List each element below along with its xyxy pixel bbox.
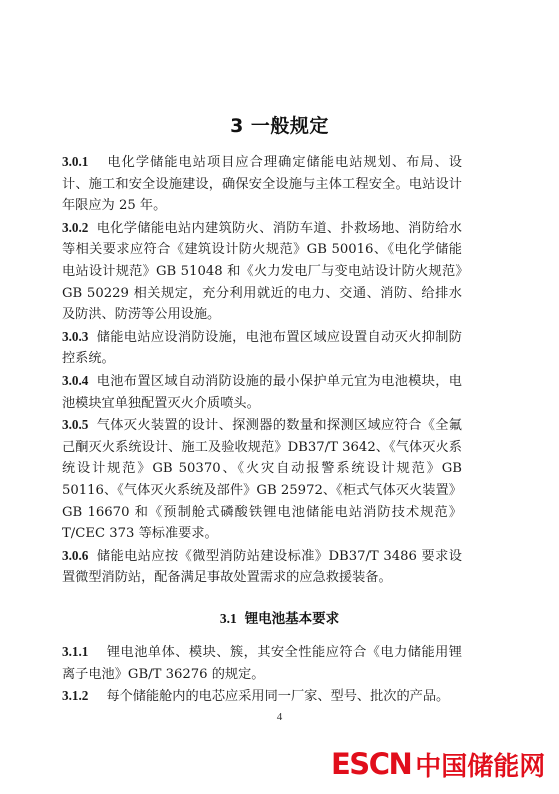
clause-number: 3.0.4	[62, 373, 88, 388]
clause-text: 储能电站应按《微型消防站建设标准》DB37/T 3486 要求设置微型消防站，配…	[62, 549, 462, 586]
clause-3-0-6: 3.0.6储能电站应按《微型消防站建设标准》DB37/T 3486 要求设置微型…	[62, 545, 462, 589]
clause-3-1-2: 3.1.2每个储能舱内的电芯应采用同一厂家、型号、批次的产品。	[62, 685, 462, 708]
clause-number: 3.0.3	[62, 329, 88, 344]
section-title: 3.1锂电池基本要求	[0, 607, 559, 627]
clause-number: 3.0.1	[62, 154, 88, 169]
chapter-title: 3 一般规定	[0, 111, 559, 138]
clause-text: 气体灭火装置的设计、探测器的数量和探测区域应符合《全氟己酮灭火系统设计、施工及验…	[62, 418, 462, 541]
clause-text: 锂电池单体、模块、簇，其安全性能应符合《电力储能用锂离子电池》GB/T 3627…	[62, 645, 462, 682]
section-clauses: 3.1.1锂电池单体、模块、簇，其安全性能应符合《电力储能用锂离子电池》GB/T…	[62, 641, 462, 708]
page-number: 4	[0, 711, 559, 723]
clause-3-0-2: 3.0.2电化学储能电站内建筑防火、消防车道、扑救场地、消防给水等相关要求应符合…	[62, 217, 462, 326]
clause-text: 电化学储能电站项目应合理确定储能电站规划、布局、设计、施工和安全设施建设，确保安…	[62, 155, 462, 213]
watermark-latin: ESCN	[331, 747, 411, 781]
escn-watermark-logo: ESCN 中国储能网	[331, 748, 545, 780]
clause-number: 3.1.2	[62, 688, 88, 703]
clause-3-0-3: 3.0.3储能电站应设消防设施，电池布置区域应设置自动灭火抑制防控系统。	[62, 326, 462, 370]
clause-3-0-1: 3.0.1电化学储能电站项目应合理确定储能电站规划、布局、设计、施工和安全设施建…	[62, 151, 462, 217]
clause-text: 每个储能舱内的电芯应采用同一厂家、型号、批次的产品。	[106, 689, 449, 704]
clause-3-0-5: 3.0.5气体灭火装置的设计、探测器的数量和探测区域应符合《全氟己酮灭火系统设计…	[62, 414, 462, 545]
clause-3-0-4: 3.0.4电池布置区域自动消防设施的最小保护单元宜为电池模块，电池模块宜单独配置…	[62, 370, 462, 414]
watermark-chinese: 中国储能网	[415, 746, 545, 783]
clause-number: 3.0.2	[62, 220, 88, 235]
clause-text: 电池布置区域自动消防设施的最小保护单元宜为电池模块，电池模块宜单独配置灭火介质喷…	[62, 374, 462, 411]
clause-number: 3.0.5	[62, 417, 88, 432]
clause-number: 3.0.6	[62, 548, 88, 563]
clause-3-1-1: 3.1.1锂电池单体、模块、簇，其安全性能应符合《电力储能用锂离子电池》GB/T…	[62, 641, 462, 685]
clause-text: 储能电站应设消防设施，电池布置区域应设置自动灭火抑制防控系统。	[62, 330, 462, 367]
general-clauses: 3.0.1电化学储能电站项目应合理确定储能电站规划、布局、设计、施工和安全设施建…	[62, 151, 462, 589]
clause-text: 电化学储能电站内建筑防火、消防车道、扑救场地、消防给水等相关要求应符合《建筑设计…	[62, 221, 462, 322]
clause-number: 3.1.1	[62, 644, 88, 659]
section-title-text: 锂电池基本要求	[245, 611, 340, 627]
section-number: 3.1	[220, 611, 237, 626]
document-page: 3 一般规定 3.0.1电化学储能电站项目应合理确定储能电站规划、布局、设计、施…	[0, 0, 559, 794]
